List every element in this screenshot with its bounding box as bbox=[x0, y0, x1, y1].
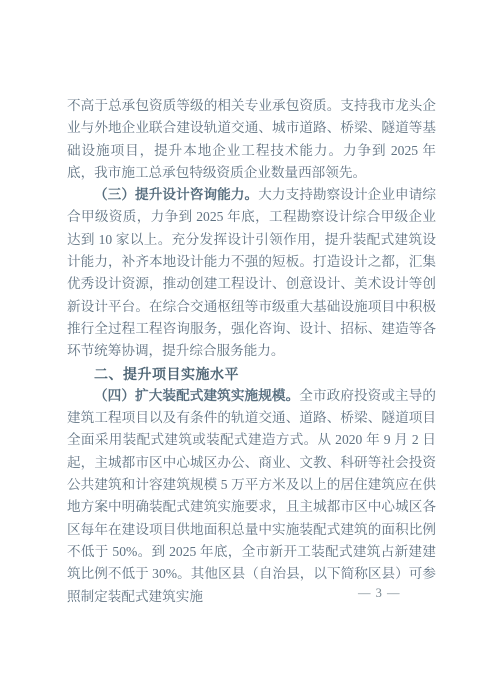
paragraph-lead: （三）提升设计咨询能力。 bbox=[94, 187, 258, 202]
paragraph-text: 全市政府投资或主导的建筑工程项目以及有条件的轨道交通、道路、桥梁、隧道项目全面采… bbox=[67, 388, 436, 604]
paragraph-lead: （四）扩大装配式建筑实施规模。 bbox=[94, 388, 299, 403]
document-body: 不高于总承包资质等级的相关专业承包资质。支持我市龙头企业与外地企业联合建设轨道交… bbox=[67, 95, 436, 608]
document-page: 不高于总承包资质等级的相关专业承包资质。支持我市龙头企业与外地企业联合建设轨道交… bbox=[0, 0, 495, 700]
paragraph-continuation: 不高于总承包资质等级的相关专业承包资质。支持我市龙头企业与外地企业联合建设轨道交… bbox=[67, 95, 436, 184]
paragraph-item-3: （三）提升设计咨询能力。大力支持勘察设计企业申请综合甲级资质，力争到 2025 … bbox=[67, 184, 436, 362]
paragraph-item-4: （四）扩大装配式建筑实施规模。全市政府投资或主导的建筑工程项目以及有条件的轨道交… bbox=[67, 385, 436, 608]
paragraph-text: 大力支持勘察设计企业申请综合甲级资质，力争到 2025 年底，工程勘察设计综合甲… bbox=[67, 187, 436, 358]
page-number: — 3 — bbox=[358, 585, 401, 601]
section-heading: 二、提升项目实施水平 bbox=[67, 363, 436, 385]
